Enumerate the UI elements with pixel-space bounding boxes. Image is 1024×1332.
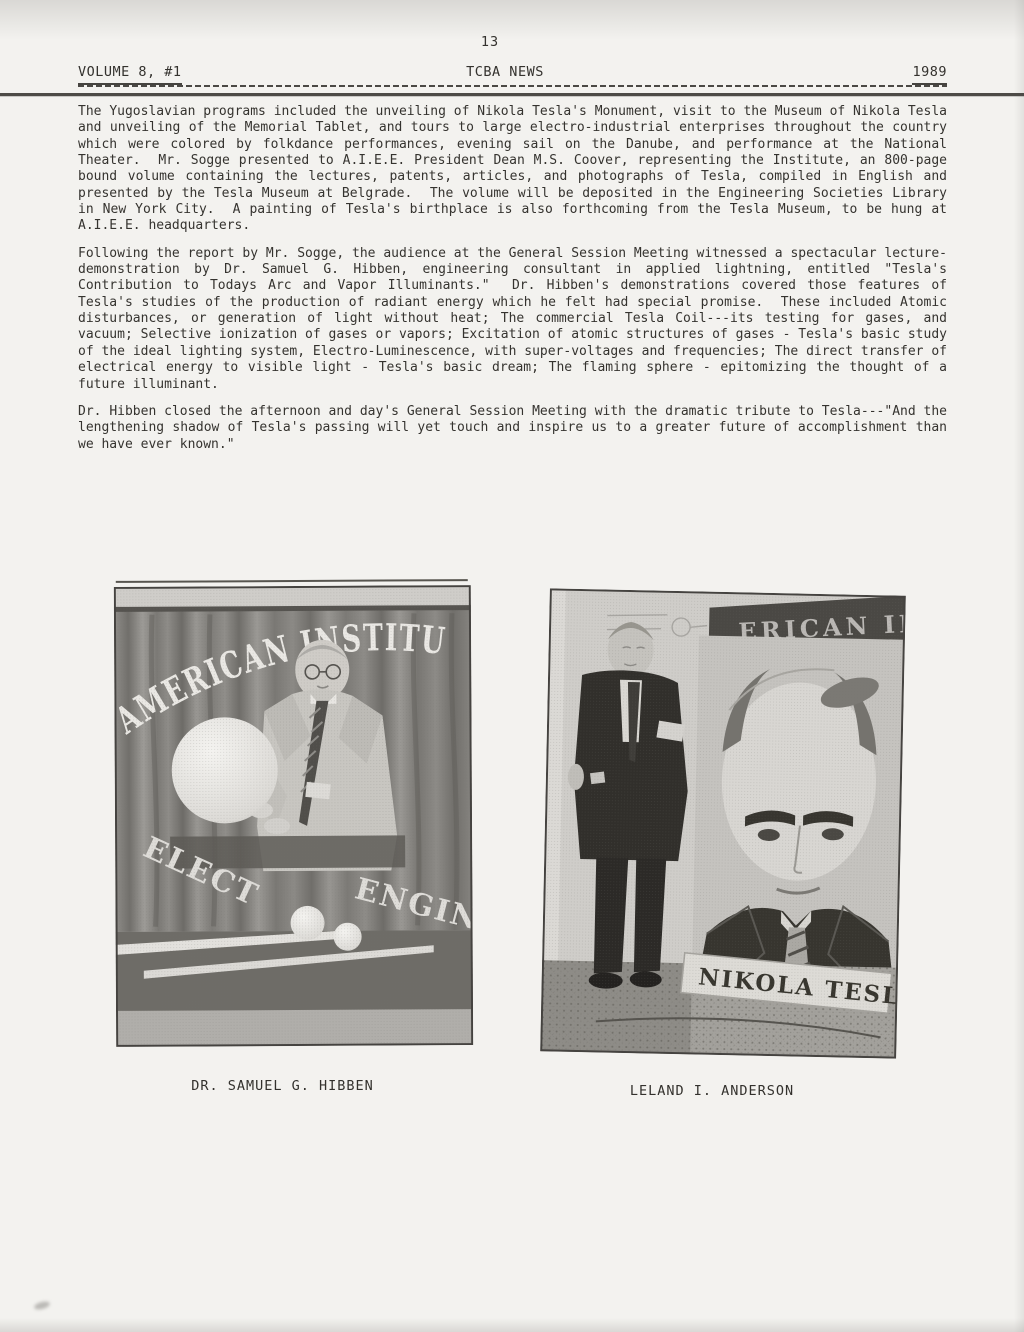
caption-hibben: DR. SAMUEL G. HIBBEN [104, 1078, 461, 1094]
dashed-rule [78, 85, 947, 87]
paragraph-1: The Yugoslavian programs included the un… [78, 104, 947, 235]
caption-anderson: LELAND I. ANDERSON [534, 1083, 890, 1099]
photo-hibben-image: AMERICAN INSTITU [114, 585, 473, 1047]
scan-artifact-bottom [0, 1318, 1024, 1332]
scan-artifact-smudge [33, 1300, 50, 1311]
photo-hibben: AMERICAN INSTITU [114, 585, 473, 1047]
halftone-overlay [114, 585, 473, 1047]
solid-rule [0, 93, 1024, 96]
paragraph-2: Following the report by Mr. Sogge, the a… [78, 246, 947, 393]
article-body: The Yugoslavian programs included the un… [78, 104, 947, 464]
header-year: 1989 [912, 64, 947, 85]
halftone-overlay [540, 588, 906, 1058]
photo-anderson-image: ERICAN IN [540, 588, 906, 1058]
photo-anderson: ERICAN IN [540, 588, 906, 1058]
header-newsletter-title: TCBA NEWS [0, 64, 1010, 80]
paragraph-3: Dr. Hibben closed the afternoon and day'… [78, 404, 947, 453]
page-number: 13 [0, 34, 980, 50]
scan-artifact-right [1014, 0, 1024, 1332]
